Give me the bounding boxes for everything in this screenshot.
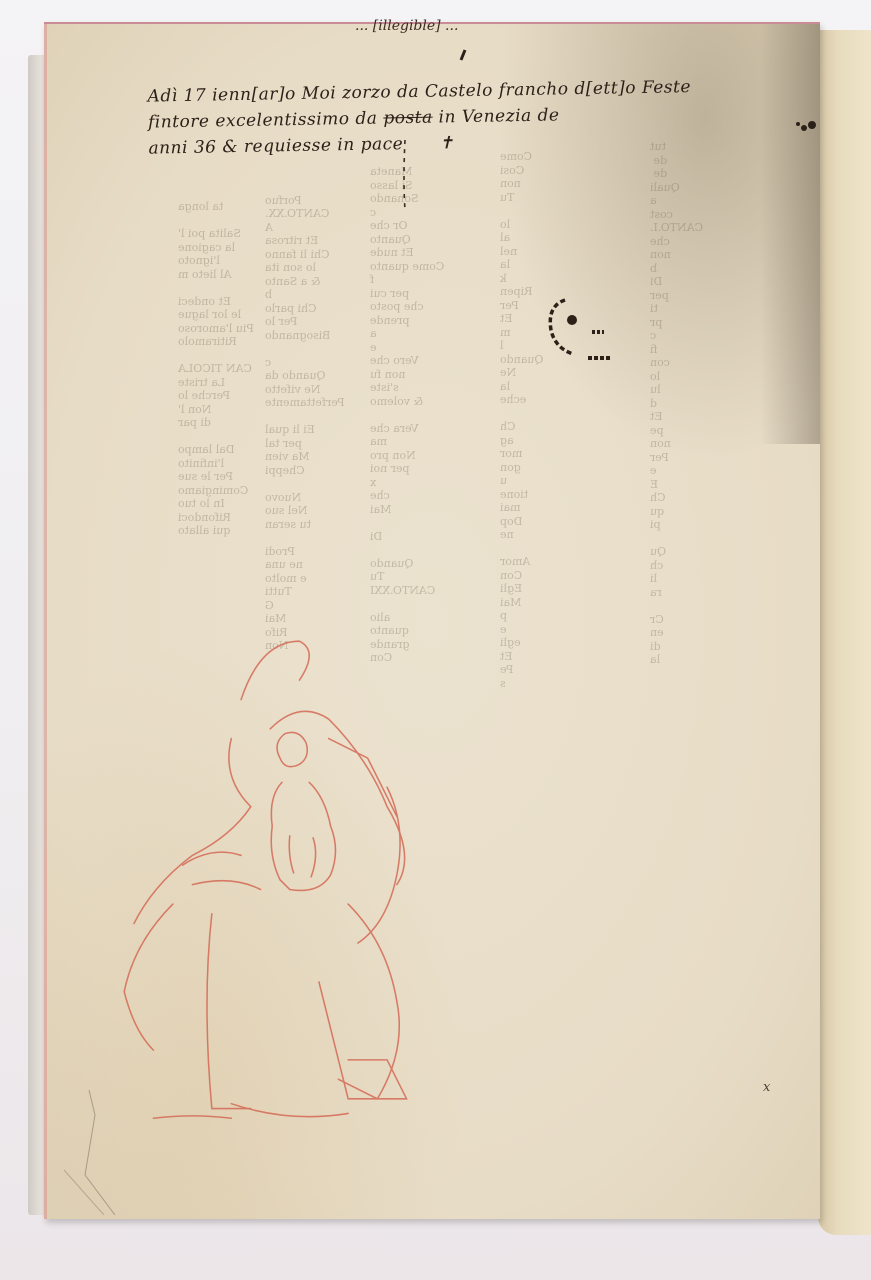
showthrough-column-1: ta longa Salita poi l' la cagione l'igno… [178, 200, 254, 538]
ink-blot [790, 110, 820, 140]
showthrough-column-5: tut de de Quali a cost CANTO.I. che non … [650, 140, 703, 667]
facing-page-edge [818, 30, 871, 1235]
annotation-line-2-text: fintore excelentissimo da [148, 109, 378, 133]
showthrough-column-3: Maneta Si lasso Sonando c Or che Quanto … [370, 165, 444, 665]
ink-stroke-marks [395, 40, 485, 220]
annotation-line-3-text: anni 36 & requiesse in pace [148, 134, 403, 158]
ink-bracket-mark [530, 290, 620, 370]
showthrough-column-4: Come Cosi non Tu lo al nel la k Ripen Pe… [500, 150, 543, 690]
folio-mark: x [763, 1080, 770, 1095]
page-tear-corner [44, 1085, 164, 1215]
red-chalk-sketch-virgin-and-child [95, 610, 465, 1130]
showthrough-column-2: Porfuo CANTO.XX. A Et ritrosa Chi li fan… [265, 180, 345, 653]
top-margin-scrawl: ... [illegible] ... [355, 18, 458, 34]
